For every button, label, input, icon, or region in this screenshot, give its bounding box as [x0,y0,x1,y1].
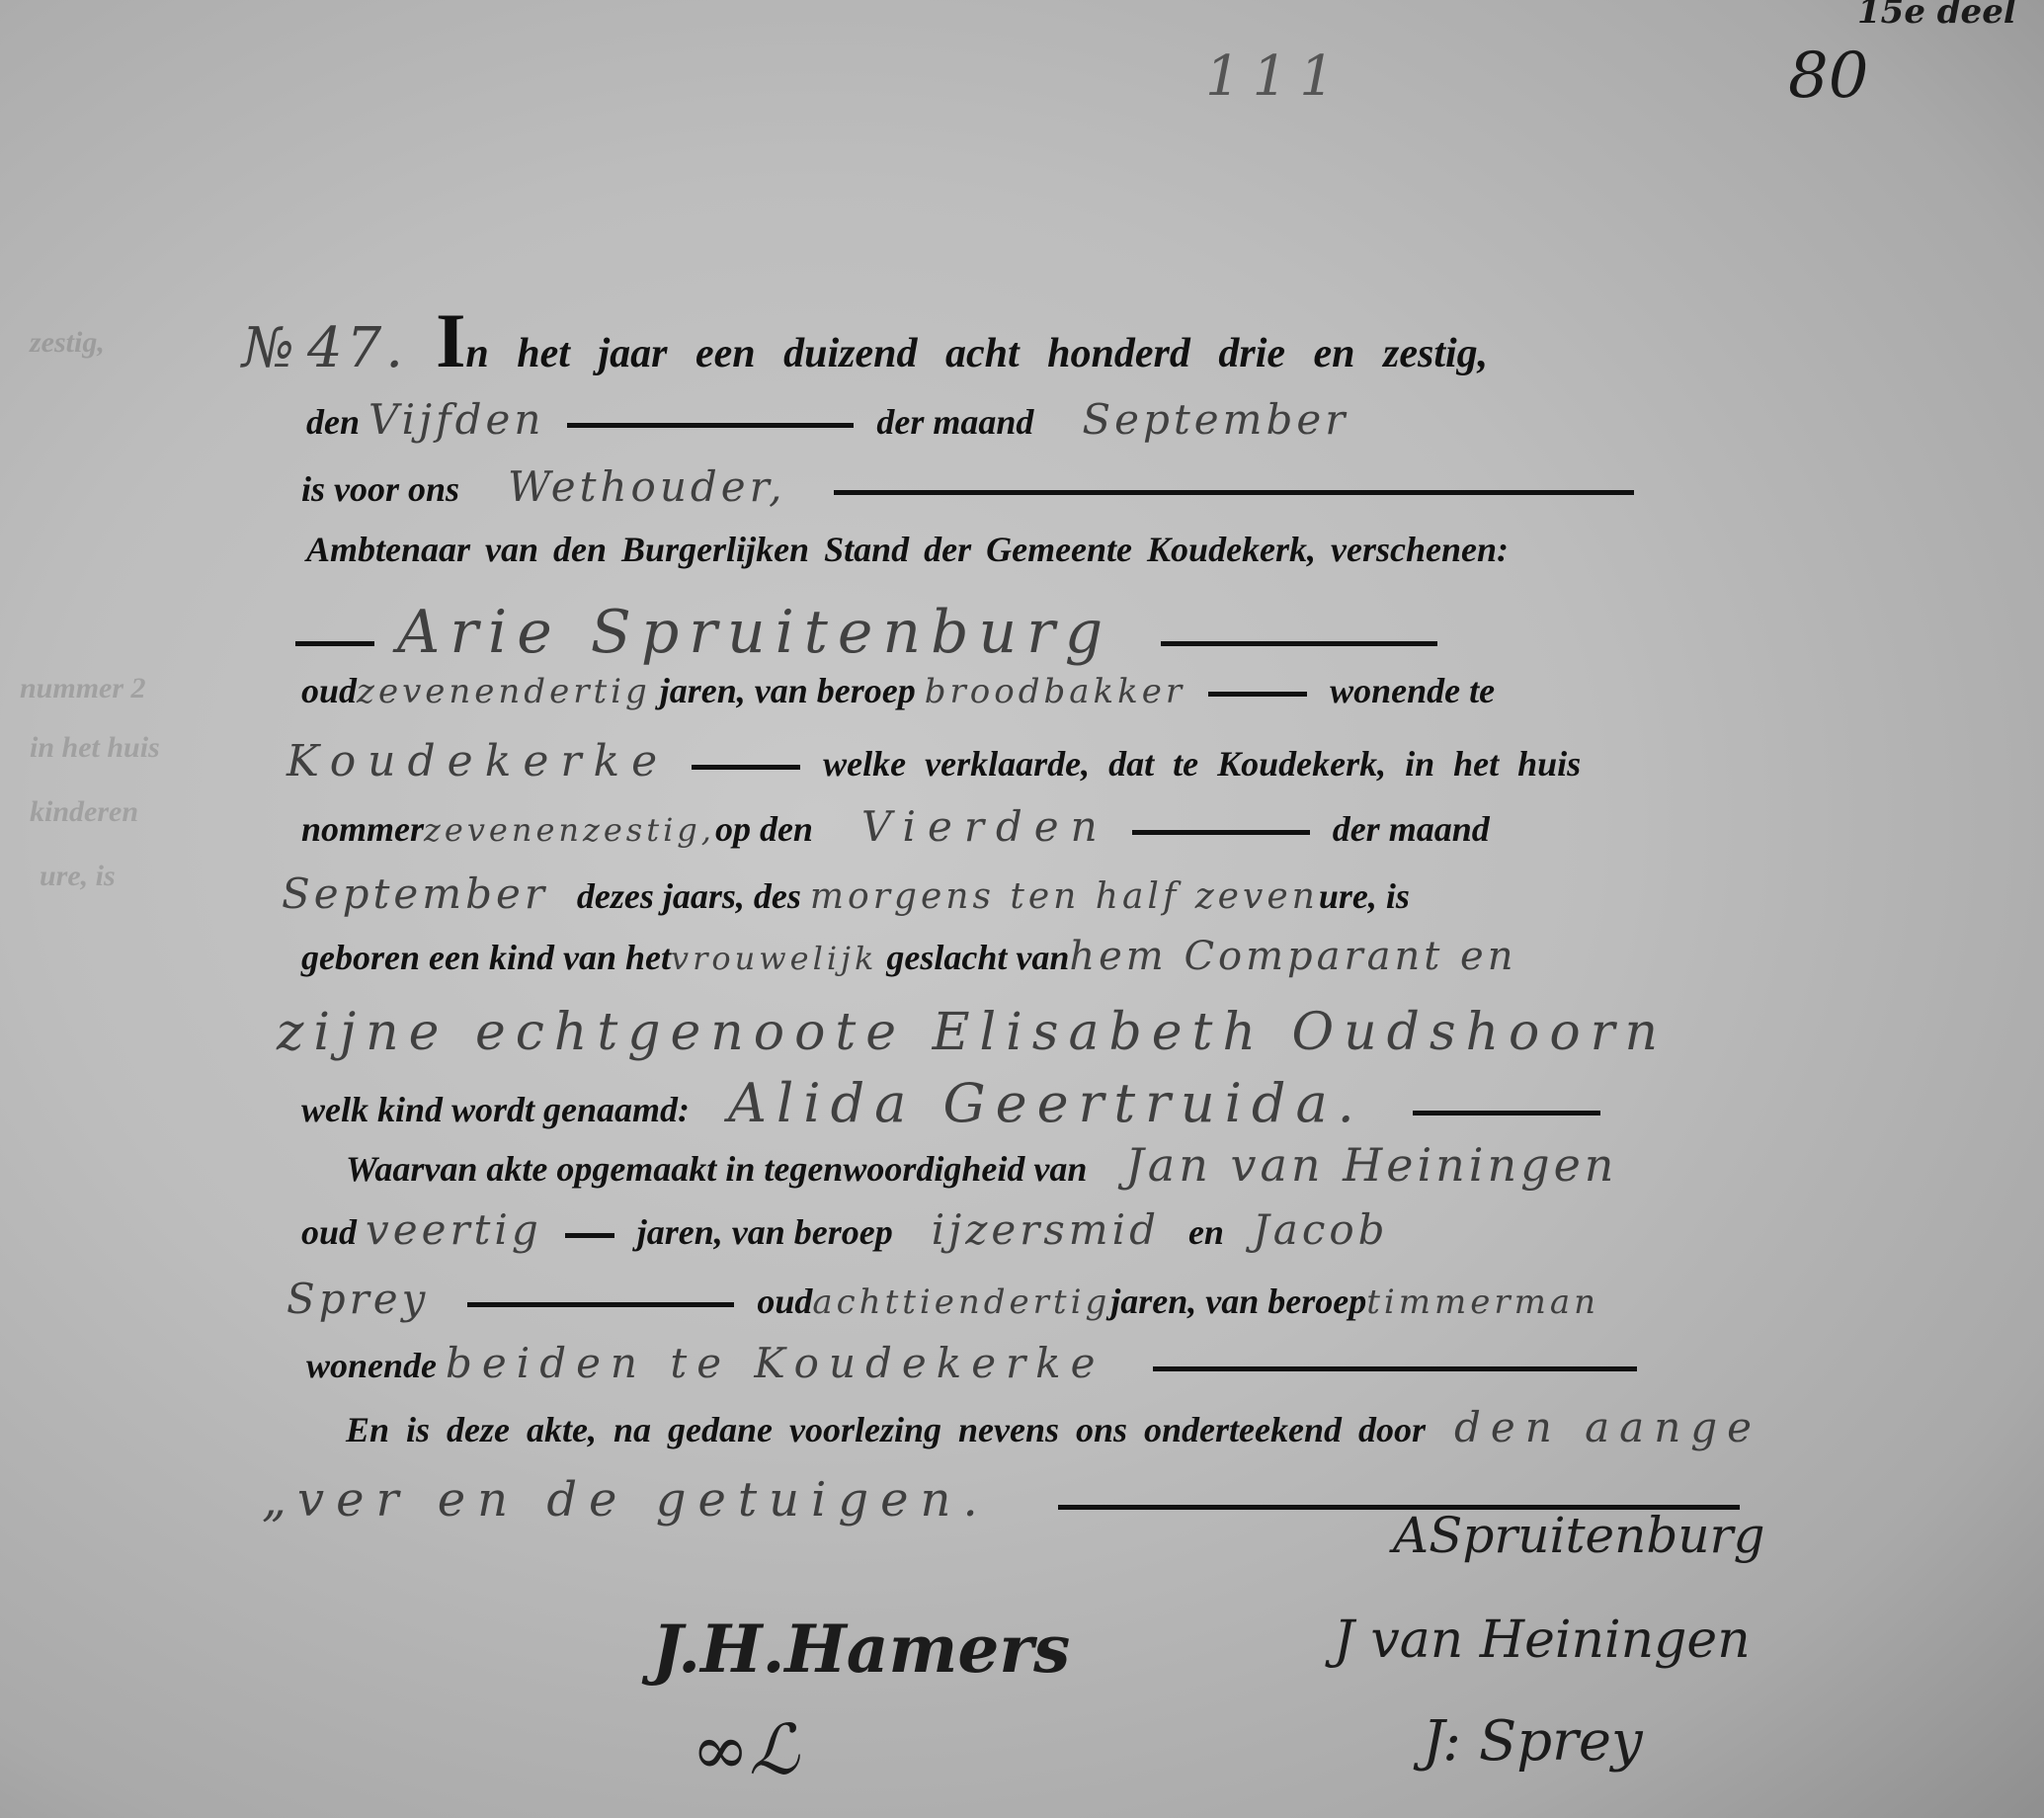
field-witness1-name: Jan van Heiningen [1125,1138,1617,1192]
fill-line [295,641,374,646]
volume-note: 15e deel [1857,0,2016,32]
fill-line [692,765,800,770]
pencil-page-number: 111 [1205,44,1347,109]
record-line-4: Ambtenaar van den Burgerlijken Stand der… [306,529,1509,570]
label-genaamd: welk kind wordt genaamd: [301,1090,690,1129]
field-official-title: Wethouder, [508,462,785,511]
field-witness2-first: Jacob [1253,1205,1389,1254]
field-declarant-residence: Koudekerke [286,736,669,786]
signature-official-flourish: ∞ℒ [692,1709,799,1790]
fill-line [1413,1111,1600,1116]
ghost-text: in het huis [30,731,160,765]
record-line-7: Koudekerke welke verklaarde, dat te Koud… [286,736,1581,786]
fill-line [467,1302,734,1307]
record-line-13: Waarvan akte opgemaakt in tegenwoordighe… [346,1138,1617,1192]
field-declarant-age: zevenendertig [357,672,651,711]
dropcap: I [436,297,465,383]
label-wonende-te: wonende te [1330,671,1495,710]
record-line-17: En is deze akte, na gedane voorlezing ne… [346,1403,1761,1451]
field-witness1-age: veertig [366,1205,542,1254]
field-witness-residence: beiden te Koudekerke [446,1339,1104,1387]
field-registration-day: Vijfden [368,395,544,444]
label-tegenwoordigheid: Waarvan akte opgemaakt in tegenwoordighe… [346,1149,1087,1189]
fill-line [1208,692,1307,697]
field-birth-time: morgens ten half zeven [810,876,1319,917]
birthplace-text: welke verklaarde, dat te Koudekerk, in h… [823,744,1581,784]
label-oud: oud [301,1212,357,1252]
field-witness2-age: achttiendertig [812,1282,1110,1322]
field-witness2-occupation: timmerman [1366,1282,1599,1322]
label-oud: oud [301,671,357,710]
record-line-3: is voor ons Wethouder, [301,462,1648,511]
label-jaren-beroep: jaren, van beroep [1110,1281,1366,1321]
fill-line [567,423,854,428]
fill-line [1153,1366,1637,1371]
field-witness2-last: Sprey [286,1275,429,1323]
record-line-11: zijne echtgenoote Elisabeth Oudshoorn [277,1003,1668,1062]
record-number-label: № [242,316,298,380]
label-is-voor-ons: is voor ons [301,469,459,509]
closing-text: En is deze akte, na gedane voorlezing ne… [346,1410,1426,1449]
signature-witness2: J: Sprey [1423,1709,1643,1774]
label-nommer: nommer [301,809,424,849]
field-witness1-occupation: ijzersmid [932,1205,1160,1254]
label-op-den: op den [715,809,813,849]
record-line-14: oud veertig jaren, van beroep ijzersmid … [301,1205,1389,1254]
field-house-number: zevenenzestig, [424,811,715,849]
record-number: 47. [307,316,407,380]
ghost-text: nummer 2 [20,672,146,705]
field-child-name: Alida Geertruida. [728,1072,1364,1134]
label-der-maand: der maand [876,402,1033,442]
label-den: den [306,402,360,442]
field-birth-day: Vierden [861,802,1109,851]
label-geboren: geboren een kind van het [301,938,671,977]
label-wonende: wonende [306,1346,437,1385]
label-der-maand: der maand [1333,809,1490,849]
fill-line [834,490,1634,495]
label-jaren-beroep: jaren, van beroep [660,671,916,710]
opening-text: n het jaar een duizend acht honderd drie… [465,331,1488,376]
label-en: en [1188,1212,1224,1252]
birth-record-page: zestig, nummer 2 in het huis kinderen ur… [0,0,2044,1818]
label-jaren-beroep: jaren, van beroep [637,1212,893,1252]
label-dezes-jaars: dezes jaars, des [577,876,801,916]
folio-number: 80 [1788,40,1868,113]
field-birth-month: September [282,869,548,918]
ghost-text: kinderen [30,795,138,829]
record-line-16: wonende beiden te Koudekerke [306,1339,1651,1387]
label-oud: oud [757,1281,812,1321]
field-signers-end: „ver en de getuigen. [262,1472,990,1528]
record-line-15: Sprey oudachttiendertigjaren, van beroep… [286,1275,1599,1323]
label-ure-is: ure, is [1319,876,1410,916]
field-declarant-occupation: broodbakker [925,672,1186,711]
record-line-6: oudzevenendertig jaren, van beroep brood… [301,670,1495,711]
ghost-text: ure, is [40,860,116,893]
official-designation: Ambtenaar van den Burgerlijken Stand der… [306,530,1509,569]
record-line-9: September dezes jaars, des morgens ten h… [282,869,1410,918]
record-line-5: Arie Spruitenburg [282,598,1451,667]
ghost-text: zestig, [30,326,105,360]
field-mother: zijne echtgenoote Elisabeth Oudshoorn [277,1003,1668,1062]
field-signers-start: den aange [1454,1403,1761,1451]
label-geslacht-van: geslacht van [886,938,1069,977]
fill-line [1132,830,1310,835]
record-line-1: № 47. In het jaar een duizend acht honde… [242,296,1488,385]
record-line-2: den Vijfden der maand September [306,395,1349,444]
signature-declarant: ASpruitenburg [1393,1507,1764,1564]
record-line-12: welk kind wordt genaamd: Alida Geertruid… [301,1072,1614,1134]
signature-witness1: J van Heiningen [1334,1611,1751,1670]
signature-official: J.H.Hamers [652,1611,1070,1688]
field-declarant-name: Arie Spruitenburg [397,598,1112,667]
field-parents: hem Comparant en [1069,934,1516,979]
record-line-8: nommerzevenenzestig,op den Vierden der m… [301,802,1490,851]
record-line-10: geboren een kind van hetvrouwelijk gesla… [301,934,1516,979]
fill-line [565,1233,614,1238]
field-child-sex: vrouwelijk [671,940,877,977]
field-registration-month: September [1082,395,1349,444]
fill-line [1161,641,1437,646]
